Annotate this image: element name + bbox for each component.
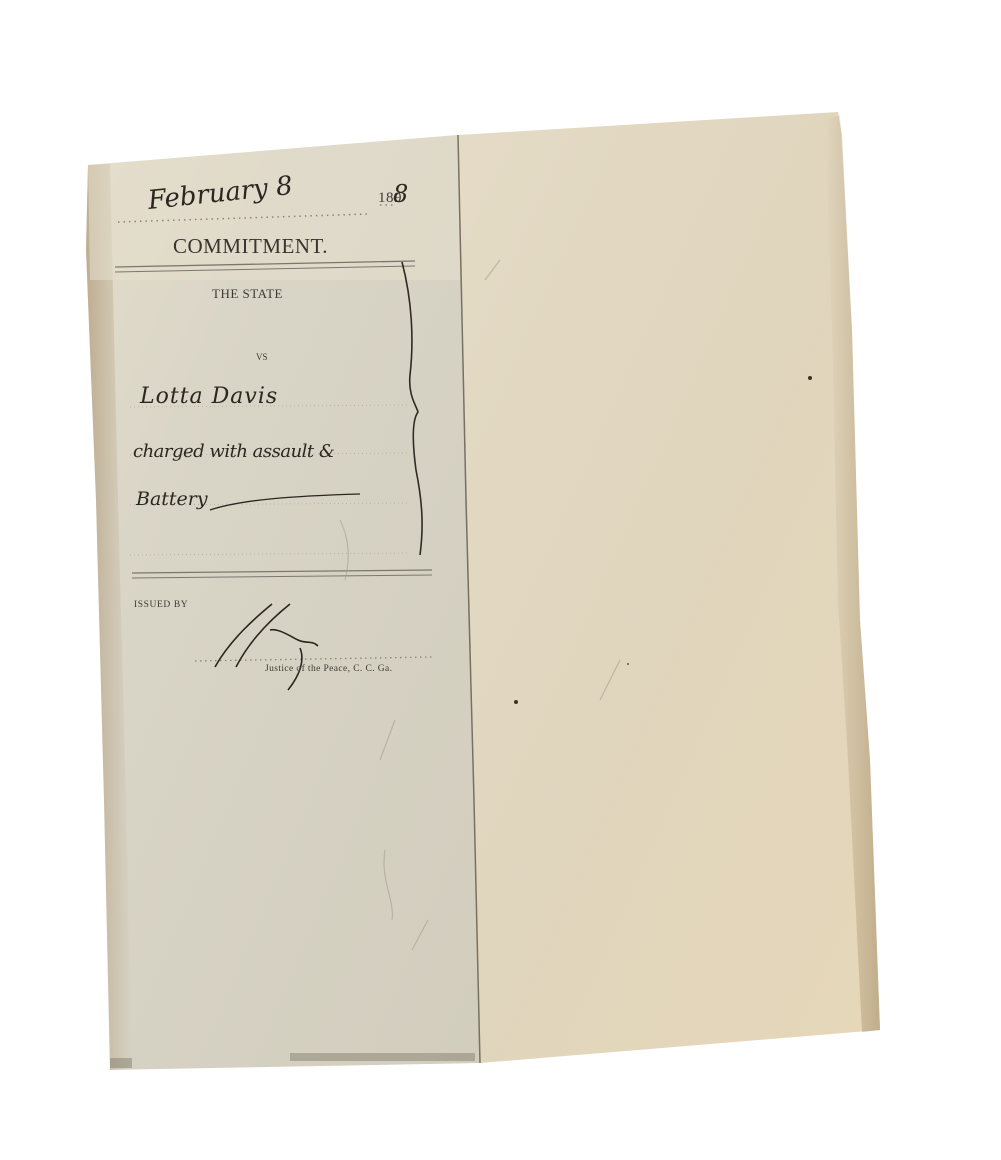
handwritten-year-digit: 8 bbox=[393, 180, 408, 208]
signature-mark bbox=[215, 600, 325, 690]
handwritten-charge-line-2: Battery bbox=[136, 488, 208, 510]
handwritten-charge-line-1: charged with assault & bbox=[133, 441, 334, 462]
issued-by-label: ISSUED BY bbox=[134, 600, 188, 610]
versus-label: VS bbox=[256, 352, 268, 362]
form-title: COMMITMENT. bbox=[173, 234, 328, 259]
blank-right-panel bbox=[480, 140, 840, 1040]
handwritten-defendant-name: Lotta Davis bbox=[140, 384, 278, 409]
document-photo: 189 COMMITMENT. THE STATE VS ISSUED BY J… bbox=[0, 0, 1001, 1160]
handwritten-date: February 8 bbox=[146, 171, 294, 216]
plaintiff-label: THE STATE bbox=[212, 286, 283, 302]
